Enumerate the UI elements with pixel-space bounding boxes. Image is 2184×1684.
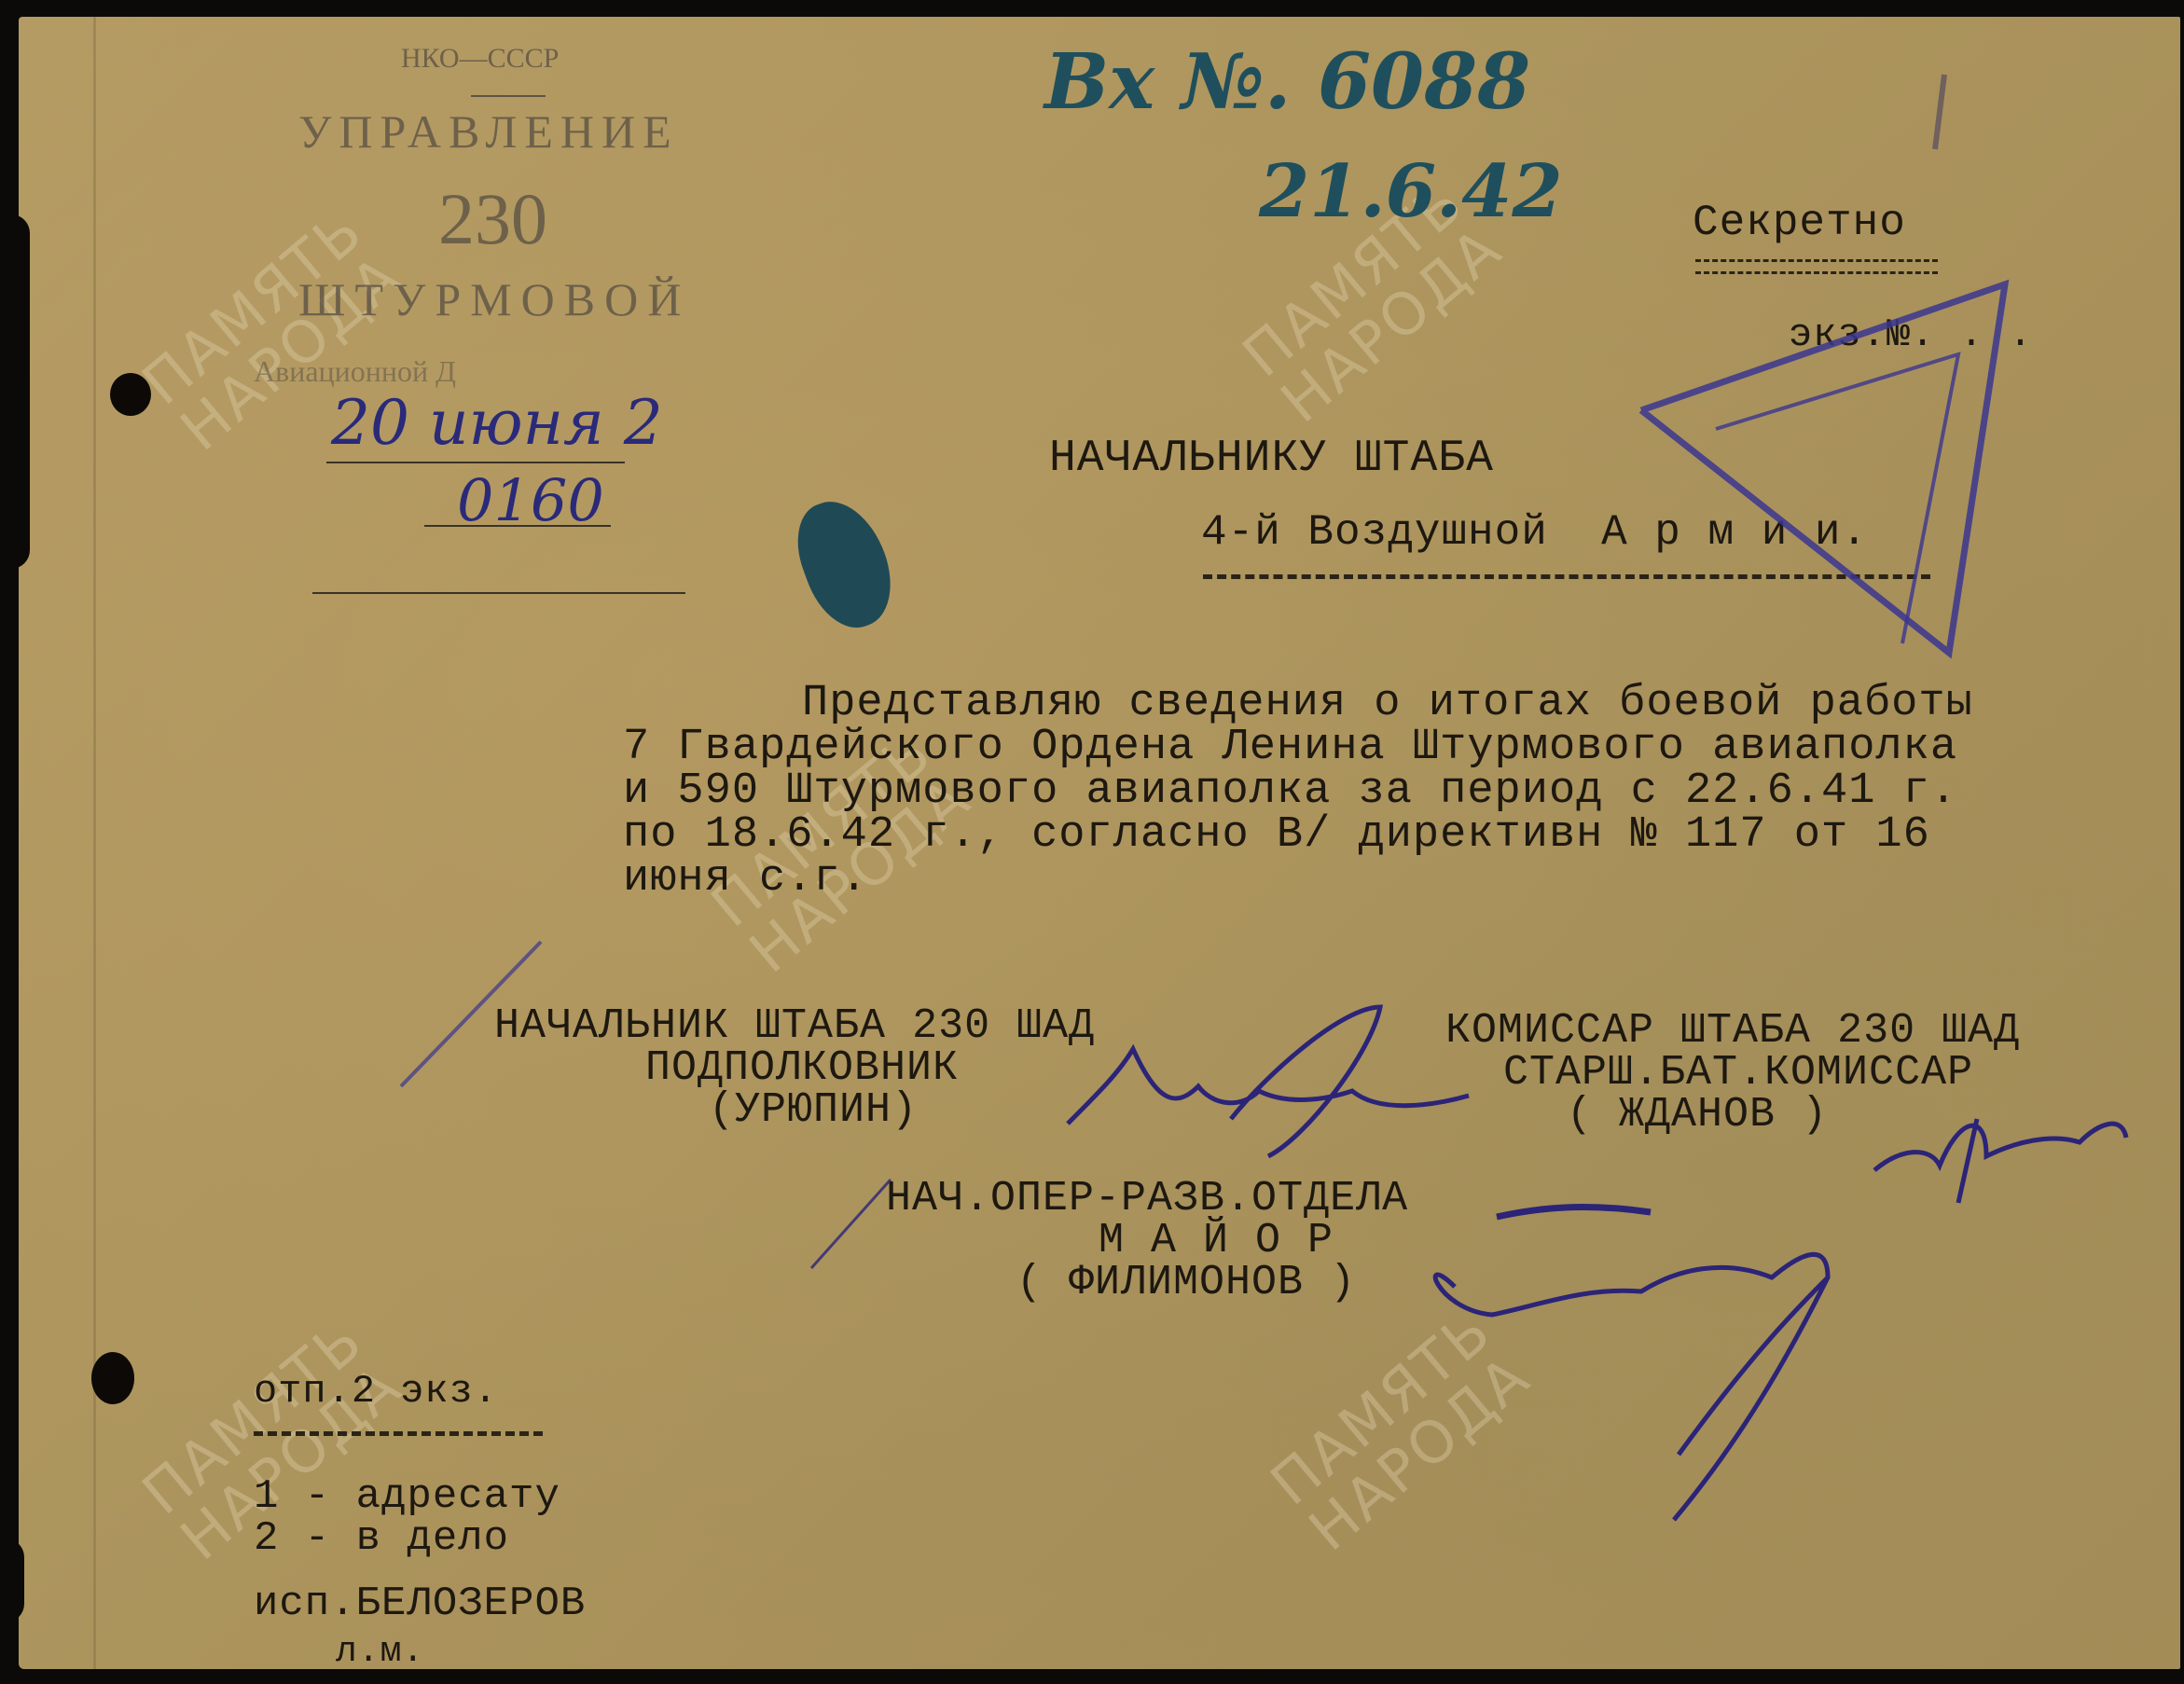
signature-stroke [1497,1208,1651,1217]
check-mark-icon [401,942,541,1086]
copies-header: отп.2 экз. [254,1369,498,1414]
typist-initials: л.м. [336,1632,424,1672]
signature-uryupin [1068,1007,1469,1156]
signature-zhdanov [1874,1119,2126,1203]
signature-filimonov [1435,1254,1828,1520]
executor: исп.БЕЛОЗЕРОВ [254,1580,586,1627]
copy-recipient: 1 - адресату [254,1473,560,1520]
check-mark-icon [811,1180,891,1268]
copy-recipient: 2 - в дело [254,1515,509,1562]
copies-underline [254,1431,543,1436]
